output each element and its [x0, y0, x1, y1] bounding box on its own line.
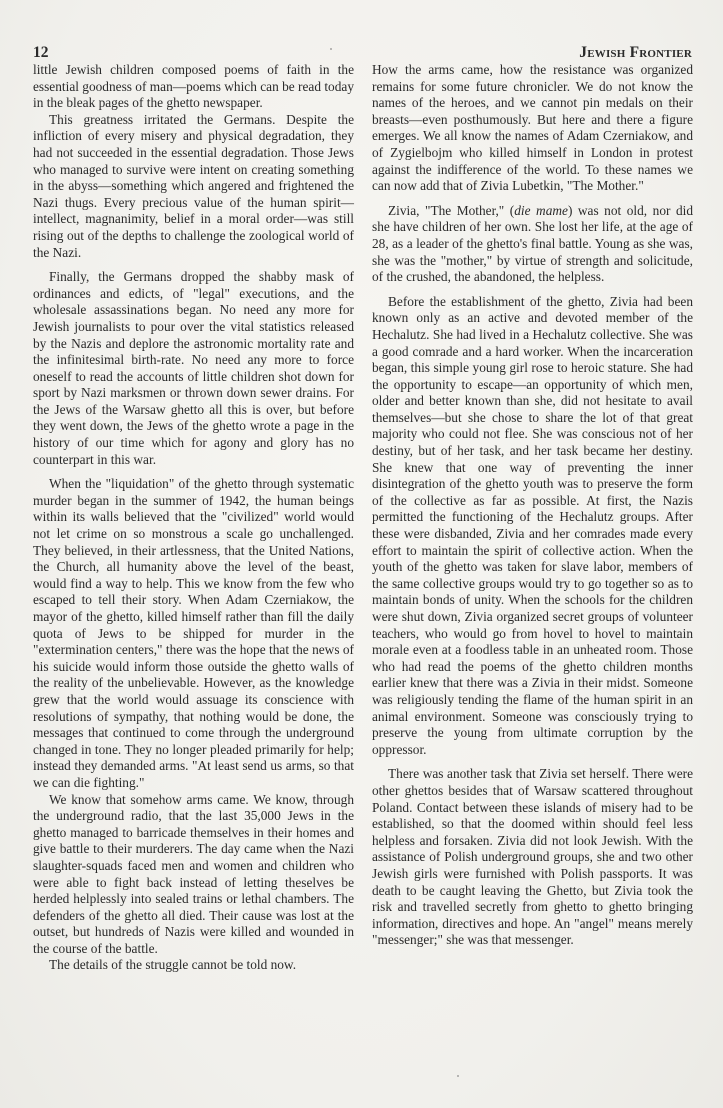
yiddish-phrase: die mame: [514, 203, 568, 218]
right-column: How the arms came, how the resistance wa…: [372, 62, 693, 949]
paragraph: little Jewish children composed poems of…: [33, 62, 354, 112]
page-number: 12: [33, 44, 49, 62]
paragraph: Before the establishment of the ghetto, …: [372, 294, 693, 759]
scan-speck: [457, 1075, 459, 1077]
left-column: little Jewish children composed poems of…: [33, 62, 354, 974]
scan-speck: [330, 48, 332, 50]
paragraph: There was another task that Zivia set he…: [372, 766, 693, 949]
paragraph-text: Zivia, "The Mother," (: [388, 203, 514, 218]
paragraph: The details of the struggle cannot be to…: [33, 957, 354, 974]
paragraph: When the "liquidation" of the ghetto thr…: [33, 476, 354, 791]
running-title: Jewish Frontier: [579, 44, 692, 62]
paragraph: Finally, the Germans dropped the shabby …: [33, 269, 354, 468]
paragraph: We know that somehow arms came. We know,…: [33, 792, 354, 958]
paragraph: This greatness irritated the Germans. De…: [33, 112, 354, 261]
scanned-page: 12 Jewish Frontier little Jewish childre…: [0, 0, 723, 1108]
paragraph: Zivia, "The Mother," (die mame) was not …: [372, 203, 693, 286]
paragraph: How the arms came, how the resistance wa…: [372, 62, 693, 195]
